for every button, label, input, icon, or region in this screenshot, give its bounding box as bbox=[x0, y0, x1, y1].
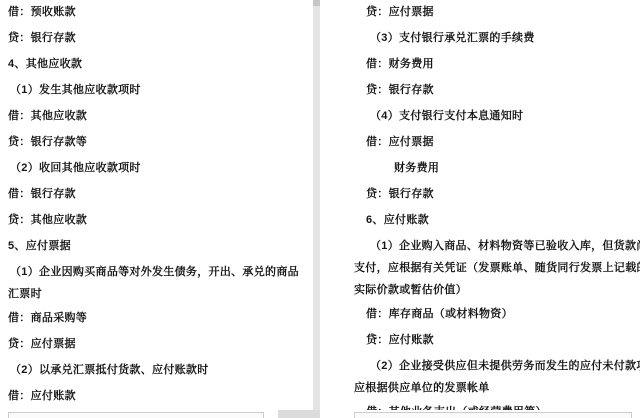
text-line: 贷：银行存款 bbox=[366, 188, 434, 200]
text-line: 贷：应付票据 bbox=[366, 6, 434, 18]
next-page-row bbox=[0, 410, 640, 418]
text-line: 4、其他应收款 bbox=[8, 58, 82, 70]
page-gap-top-notch bbox=[313, 0, 320, 6]
text-line: 贷：银行存款等 bbox=[8, 136, 87, 148]
text-line: 贷：银行存款 bbox=[366, 84, 434, 96]
text-line: （3）支付银行承兑汇票的手续费 bbox=[370, 32, 535, 44]
text-line: 借：库存商品（或材料物资） bbox=[366, 308, 513, 320]
page-2: 贷：应付票据（3）支付银行承兑汇票的手续费借：财务费用贷：银行存款（4）支付银行… bbox=[320, 0, 640, 410]
text-line: 5、应付票据 bbox=[8, 240, 71, 252]
bottom-gap-shadow bbox=[278, 410, 320, 418]
text-line: 借：应付账款 bbox=[8, 390, 76, 402]
text-line: 贷：银行存款 bbox=[8, 32, 76, 44]
text-line: 借：应付票据 bbox=[366, 136, 434, 148]
text-line: （1）发生其他应收款项时 bbox=[10, 84, 141, 96]
text-line: 财务费用 bbox=[394, 162, 439, 174]
text-line: （2）收回其他应收款项时 bbox=[10, 162, 141, 174]
text-line: 借：商品采购等 bbox=[8, 312, 87, 324]
text-line: （1）企业因购买商品等对外发生债务，开出、承兑的商品 bbox=[10, 266, 299, 278]
text-line: （2）以承兑汇票抵付货款、应付账款时 bbox=[10, 364, 209, 376]
text-line: 借：财务费用 bbox=[366, 58, 434, 70]
page-gap bbox=[313, 0, 320, 410]
text-line: 汇票时 bbox=[8, 288, 42, 300]
text-line: 6、应付账款 bbox=[366, 214, 429, 226]
next-page-right-top bbox=[354, 412, 632, 418]
text-line: （4）支付银行支付本息通知时 bbox=[370, 110, 523, 122]
text-line: 借：银行存款 bbox=[8, 188, 76, 200]
text-line: （2）企业接受供应但未提供劳务而发生的应付未付款项， bbox=[370, 360, 640, 372]
document-viewer: 借：预收账款贷：银行存款4、其他应收款（1）发生其他应收款项时借：其他应收款贷：… bbox=[0, 0, 640, 418]
text-line: 支付，应根据有关凭证（发票账单、随货同行发票上记载的 bbox=[354, 262, 640, 274]
next-page-left-top bbox=[8, 412, 264, 418]
text-line: （1）企业购入商品、材料物资等已验收入库，但货款尚未 bbox=[370, 240, 640, 252]
text-line: 借：其他应收款 bbox=[8, 110, 87, 122]
text-line: 贷：应付账款 bbox=[366, 334, 434, 346]
text-line: 贷：其他应收款 bbox=[8, 214, 87, 226]
text-line: 应根据供应单位的发票帐单 bbox=[354, 382, 490, 394]
page-1: 借：预收账款贷：银行存款4、其他应收款（1）发生其他应收款项时借：其他应收款贷：… bbox=[0, 0, 313, 410]
text-line: 借：预收账款 bbox=[8, 6, 76, 18]
text-line: 贷：应付票据 bbox=[8, 338, 76, 350]
text-line: 实际价款或暂估价值） bbox=[354, 284, 467, 296]
